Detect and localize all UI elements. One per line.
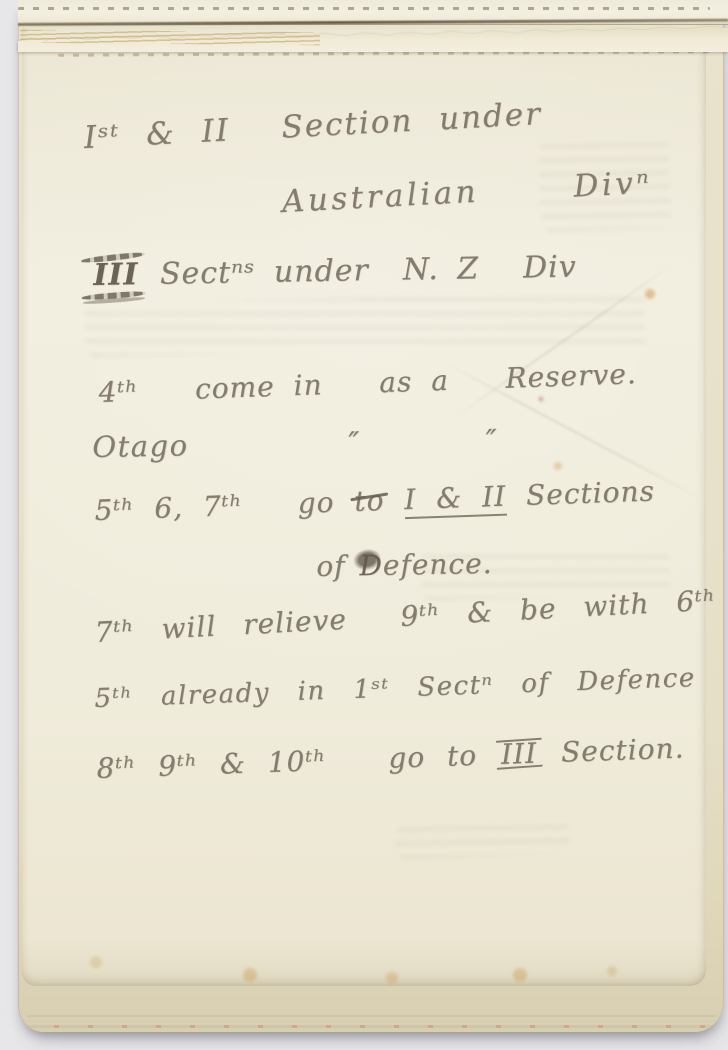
- handwritten-line-4: 4ᵗʰ come in as a Reserve.: [98, 357, 637, 409]
- handwriting-segment: efence.: [383, 547, 493, 582]
- handwriting-segment: Sections: [506, 474, 656, 512]
- handwriting-segment: Iˢᵗ & II Section under: [83, 96, 543, 156]
- handwriting-segment: III: [498, 737, 539, 771]
- handwritten-line-6: 5ᵗʰ 6, 7ᵗʰgo to I & II Sections: [94, 474, 656, 530]
- handwritten-line-8: 7ᵗʰ will relieve 9ᵗʰ & be with 6ᵗʰ: [94, 583, 717, 649]
- handwriting-segment: Sectⁿˢ under: [141, 253, 369, 292]
- handwriting-segment: go: [297, 485, 355, 520]
- handwriting-segment: D: [359, 549, 383, 582]
- handwriting-segment: ″: [348, 425, 361, 459]
- handwriting-segment: Section.: [539, 731, 685, 769]
- handwriting-segment: 8ᵗʰ 9ᵗʰ & 10ᵗʰ: [96, 744, 327, 785]
- handwriting-segment: N. Z: [403, 251, 480, 287]
- handwriting-segment: 4ᵗʰ come in as a Reserve.: [98, 357, 637, 409]
- handwritten-line-1: Iˢᵗ & II Section under: [83, 96, 543, 156]
- handwriting-segment: 5ᵗʰ 6, 7ᵗʰ: [94, 489, 243, 527]
- handwritten-line-3: III Sectⁿˢ underN. ZDiv: [90, 250, 577, 293]
- handwriting-segment: Otago: [92, 428, 189, 464]
- handwritten-line-5: Otago″″: [92, 423, 498, 464]
- handwritten-line-9: 5ᵗʰ already in 1ˢᵗ Sectⁿ of Defence: [94, 663, 696, 714]
- handwritten-line-10: 8ᵗʰ 9ᵗʰ & 10ᵗʰgo to III Section.: [96, 731, 685, 785]
- handwriting-segment: ″: [486, 423, 499, 457]
- handwriting-segment: Div: [523, 250, 577, 286]
- handwritten-line-7: of Defence.: [316, 547, 493, 583]
- handwriting-segment: 7ᵗʰ will relieve 9ᵗʰ & be with 6ᵗʰ: [94, 583, 717, 649]
- handwriting-segment: III: [90, 257, 142, 293]
- handwriting-segment: go to: [388, 738, 500, 775]
- handwriting-segment: I & II: [404, 480, 507, 520]
- handwriting-segment: to: [354, 484, 385, 518]
- handwriting-segment: of: [316, 549, 360, 583]
- handwritten-line-2: Australian Divⁿ: [281, 165, 653, 220]
- handwriting-segment: 5ᵗʰ already in 1ˢᵗ Sectⁿ of Defence: [94, 663, 696, 714]
- handwriting-segment: Australian Divⁿ: [281, 165, 653, 220]
- notebook-photo: Iˢᵗ & II Section underAustralian DivⁿIII…: [0, 0, 728, 1050]
- handwriting-segment: [384, 483, 405, 517]
- handwriting-layer: Iˢᵗ & II Section underAustralian DivⁿIII…: [0, 0, 728, 1050]
